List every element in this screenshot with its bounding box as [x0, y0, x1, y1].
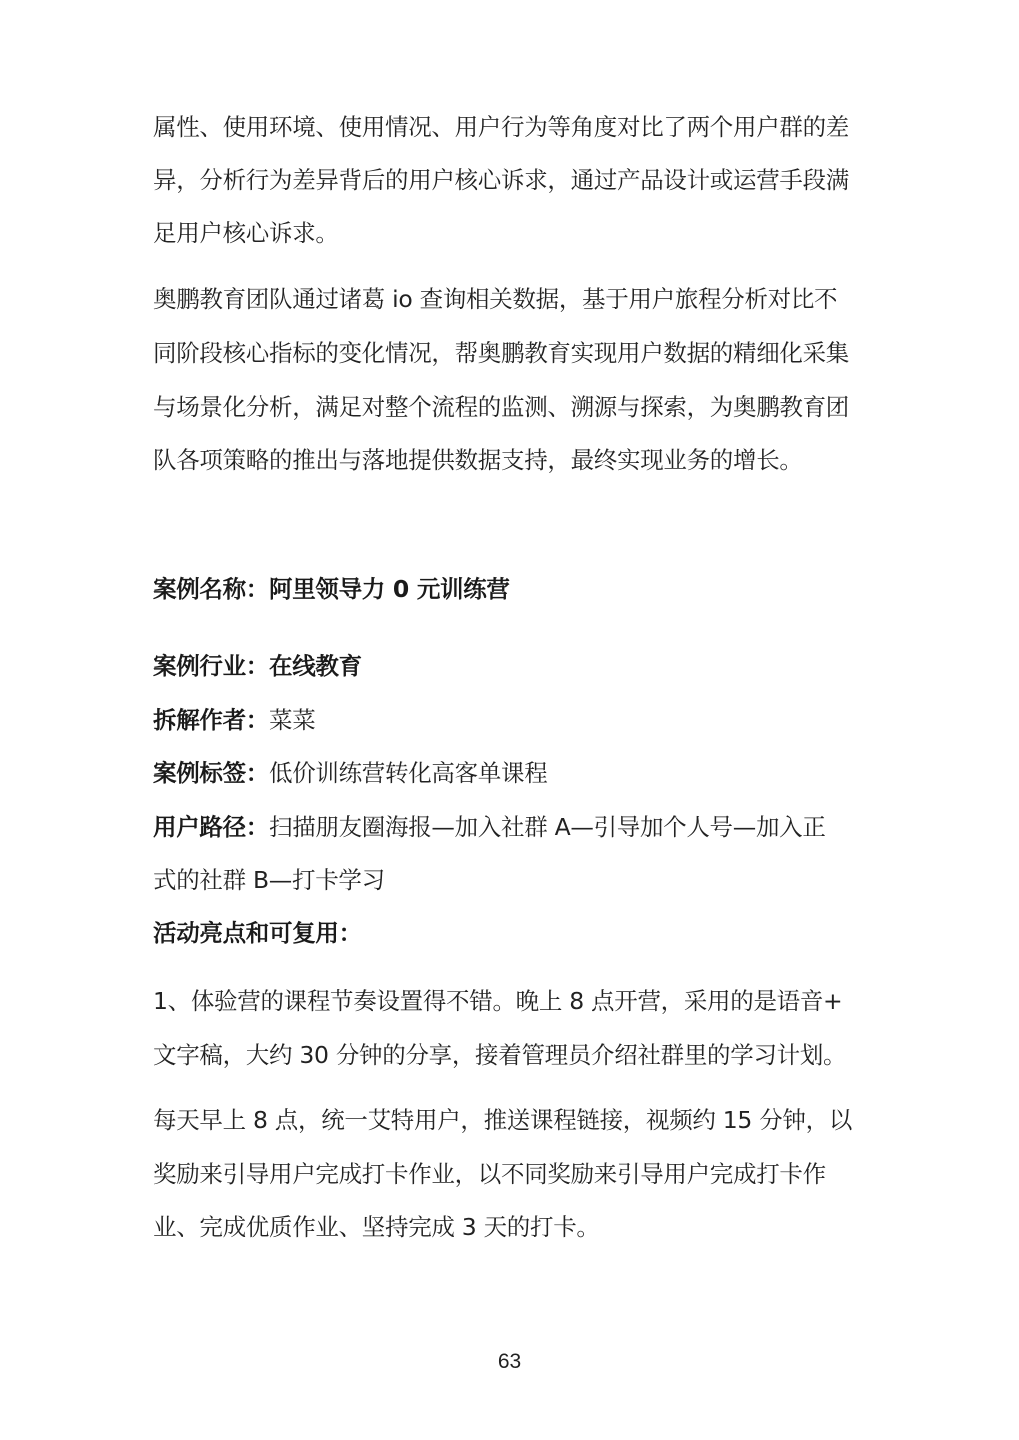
case-name-value: 阿里领导力 0 元训练营: [269, 575, 510, 603]
text-line: 与场景化分析，满足对整个流程的监测、溯源与探索，为奥鹏教育团: [153, 391, 869, 423]
case-tags-value: 低价训练营转化高客单课程: [269, 759, 547, 787]
case-industry-value: 在线教育: [269, 652, 362, 680]
text-line: 文字稿，大约 30 分钟的分享，接着管理员介绍社群里的学习计划。: [153, 1039, 869, 1071]
case-industry-label: 案例行业：: [153, 652, 269, 680]
text-line: 奥鹏教育团队通过诸葛 io 查询相关数据，基于用户旅程分析对比不: [153, 283, 869, 315]
case-user-path-row: 用户路径：扫描朋友圈海报—加入社群 A—引导加个人号—加入正: [153, 811, 869, 843]
case-author-row: 拆解作者：菜菜: [153, 704, 869, 736]
case-name-row: 案例名称：阿里领导力 0 元训练营: [153, 573, 869, 605]
text-line: 队各项策略的推出与落地提供数据支持，最终实现业务的增长。: [153, 444, 869, 476]
document-page: 属性、使用环境、使用情况、用户行为等角度对比了两个用户群的差 异，分析行为差异背…: [0, 0, 1019, 1440]
case-user-path-label: 用户路径：: [153, 813, 269, 841]
case-user-path-value: 扫描朋友圈海报—加入社群 A—引导加个人号—加入正: [269, 813, 826, 841]
case-author-label: 拆解作者：: [153, 706, 269, 734]
case-tags-row: 案例标签：低价训练营转化高客单课程: [153, 757, 869, 789]
text-line: 奖励来引导用户完成打卡作业，以不同奖励来引导用户完成打卡作: [153, 1158, 869, 1190]
case-name-label: 案例名称：: [153, 575, 269, 603]
text-line: 异，分析行为差异背后的用户核心诉求，通过产品设计或运营手段满: [153, 164, 869, 196]
text-line: 同阶段核心指标的变化情况，帮奥鹏教育实现用户数据的精细化采集: [153, 337, 869, 369]
case-author-value: 菜菜: [269, 706, 315, 734]
page-number: 63: [0, 1349, 1019, 1375]
text-line: 每天早上 8 点，统一艾特用户，推送课程链接，视频约 15 分钟，以: [153, 1104, 869, 1136]
text-line: 足用户核心诉求。: [153, 217, 869, 249]
case-industry-row: 案例行业：在线教育: [153, 650, 869, 682]
case-tags-label: 案例标签：: [153, 759, 269, 787]
case-highlights-heading: 活动亮点和可复用：: [153, 917, 869, 949]
text-line: 业、完成优质作业、坚持完成 3 天的打卡。: [153, 1211, 869, 1243]
text-line: 属性、使用环境、使用情况、用户行为等角度对比了两个用户群的差: [153, 111, 869, 143]
case-user-path-continuation: 式的社群 B—打卡学习: [153, 864, 869, 896]
text-line: 1、体验营的课程节奏设置得不错。晚上 8 点开营，采用的是语音+: [153, 985, 869, 1017]
